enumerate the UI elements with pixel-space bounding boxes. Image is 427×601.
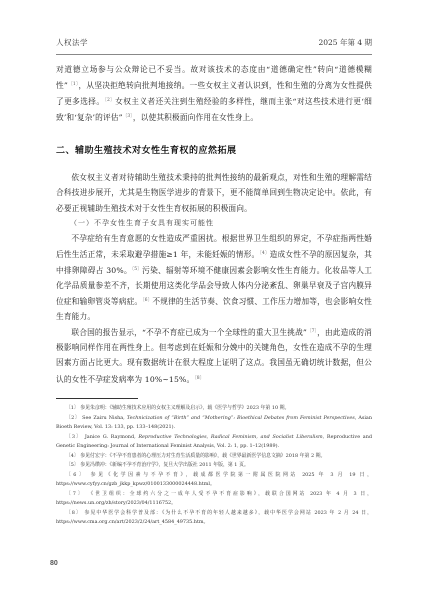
footnote-6: 〔6〕 参见《化学因素与不孕不育》，载成都医学院第一附属医院网站 2025 年 … bbox=[56, 471, 372, 490]
footnote-3: 〔3〕 Janice G. Raymond, Reproductive Tech… bbox=[56, 433, 372, 452]
paragraph-2: 依女权主义者对待辅助生殖技术秉持的批判性接纳的最新观点，对性和生殖的理解需结合科… bbox=[56, 170, 372, 215]
running-header: 人权法学 2025 年第 4 期 bbox=[56, 37, 372, 53]
footnote-ref-1[interactable]: 〔1〕 bbox=[68, 82, 78, 87]
footnote-number: 〔1〕 bbox=[66, 405, 79, 411]
footnote-text[interactable]: 《世卫组织：全球约六分之一成年人受不孕不育症影响》，载联合国网站 2023 年 … bbox=[56, 491, 372, 507]
footnote-ref-5[interactable]: 〔5〕 bbox=[132, 267, 142, 272]
footnote-text[interactable]: 参见中华医学会科学普及部：《为什么不孕不育的年轻人越来越多》，载中华医学会网站 … bbox=[56, 510, 372, 526]
footnote-text: 参见朱彦明：《辅助生殖技术应用的女权主义理解及启示》，载《医学与哲学》2023 … bbox=[80, 405, 289, 411]
footnote-ref-4[interactable]: 〔4〕 bbox=[259, 251, 269, 256]
paragraph-3: 不孕症给有生育意愿的女性造成严重困扰。根据世界卫生组织的界定，不孕症指两性婚后性… bbox=[56, 231, 372, 325]
footnote-1: 〔1〕 参见朱彦明：《辅助生殖技术应用的女权主义理解及启示》，载《医学与哲学》2… bbox=[56, 404, 372, 414]
footnotes: 〔1〕 参见朱彦明：《辅助生殖技术应用的女权主义理解及启示》，载《医学与哲学》2… bbox=[56, 404, 372, 528]
footnote-ref-7[interactable]: 〔7〕 bbox=[307, 329, 317, 334]
issue-label: 2025 年第 4 期 bbox=[318, 37, 372, 48]
footnote-number: 〔2〕 bbox=[66, 415, 80, 421]
text-run: ，以使其积极面向作用在女性身上。 bbox=[133, 113, 258, 122]
footnote-7: 〔7〕 《世卫组织：全球约六分之一成年人受不孕不育症影响》，载联合国网站 202… bbox=[56, 490, 372, 509]
footnote-5: 〔5〕 参见冯缵冲：《新编不孕不育治疗学》，复旦大学出版社 2011 年版，第 … bbox=[56, 461, 372, 471]
footnote-text[interactable]: 参见《化学因素与不孕不育》，载成都医学院第一附属医院网站 2025 年 3 月 … bbox=[56, 472, 372, 488]
footnote-ref-8[interactable]: 〔8〕 bbox=[194, 376, 204, 381]
footnote-number: 〔5〕 bbox=[66, 462, 79, 468]
footnote-number: 〔6〕 bbox=[66, 472, 87, 478]
document-page: 人权法学 2025 年第 4 期 对道德立场参与公众辩论已不妥当。故对该技术的态… bbox=[0, 0, 427, 601]
header-rule bbox=[56, 54, 372, 55]
footnote-title: Reproductive Technologies, Radical Femin… bbox=[138, 434, 322, 440]
footnote-number: 〔8〕 bbox=[66, 510, 82, 516]
footnote-number: 〔7〕 bbox=[66, 491, 85, 497]
footnote-text: 参见冯缵冲：《新编不孕不育治疗学》，复旦大学出版社 2011 年版，第 1 页。 bbox=[80, 462, 249, 468]
footnote-text: 参见付宏宇：《不孕不育患者的心理压力对生育生活质量的影响》，载《世界最新医学信息… bbox=[80, 453, 325, 459]
journal-title: 人权法学 bbox=[56, 37, 88, 48]
footnote-title: Technicization of “Birth” and “Mothering… bbox=[127, 415, 355, 421]
paragraph-4: 联合国的报告显示，“不孕不育症已成为一个全球性的重大卫生挑战”〔7〕，由此造成的… bbox=[56, 324, 372, 386]
section-heading: 二、辅助生殖技术对女性生育权的应然拓展 bbox=[56, 143, 372, 156]
paragraph-1: 对道德立场参与公众辩论已不妥当。故对该技术的态度由“道德确定性”转向“道德模糊性… bbox=[56, 62, 372, 125]
text-run: 联合国的报告显示，“不孕不育症已成为一个全球性的重大卫生挑战” bbox=[71, 328, 307, 337]
footnote-ref-2[interactable]: 〔2〕 bbox=[104, 98, 115, 103]
subsection-heading: （一）不孕女性生育子女具有现实可能性 bbox=[56, 216, 372, 231]
footnote-ref-3[interactable]: 〔3〕 bbox=[123, 114, 133, 119]
footnote-text: Janice G. Raymond, bbox=[85, 434, 139, 440]
footnote-4: 〔4〕 参见付宏宇：《不孕不育患者的心理压力对生育生活质量的影响》，载《世界最新… bbox=[56, 452, 372, 462]
body-text: 对道德立场参与公众辩论已不妥当。故对该技术的态度由“道德确定性”转向“道德模糊性… bbox=[56, 62, 372, 387]
footnote-number: 〔3〕 bbox=[66, 434, 82, 440]
footnote-ref-6[interactable]: 〔6〕 bbox=[142, 298, 152, 303]
footnote-separator bbox=[56, 398, 138, 399]
footnote-number: 〔4〕 bbox=[66, 453, 79, 459]
footnote-8: 〔8〕 参见中华医学会科学普及部：《为什么不孕不育的年轻人越来越多》，载中华医学… bbox=[56, 509, 372, 528]
footnote-2: 〔2〕 See Zairu Nisha, Technicization of “… bbox=[56, 414, 372, 433]
page-number: 80 bbox=[50, 560, 58, 567]
footnote-text: See Zairu Nisha, bbox=[82, 415, 127, 421]
